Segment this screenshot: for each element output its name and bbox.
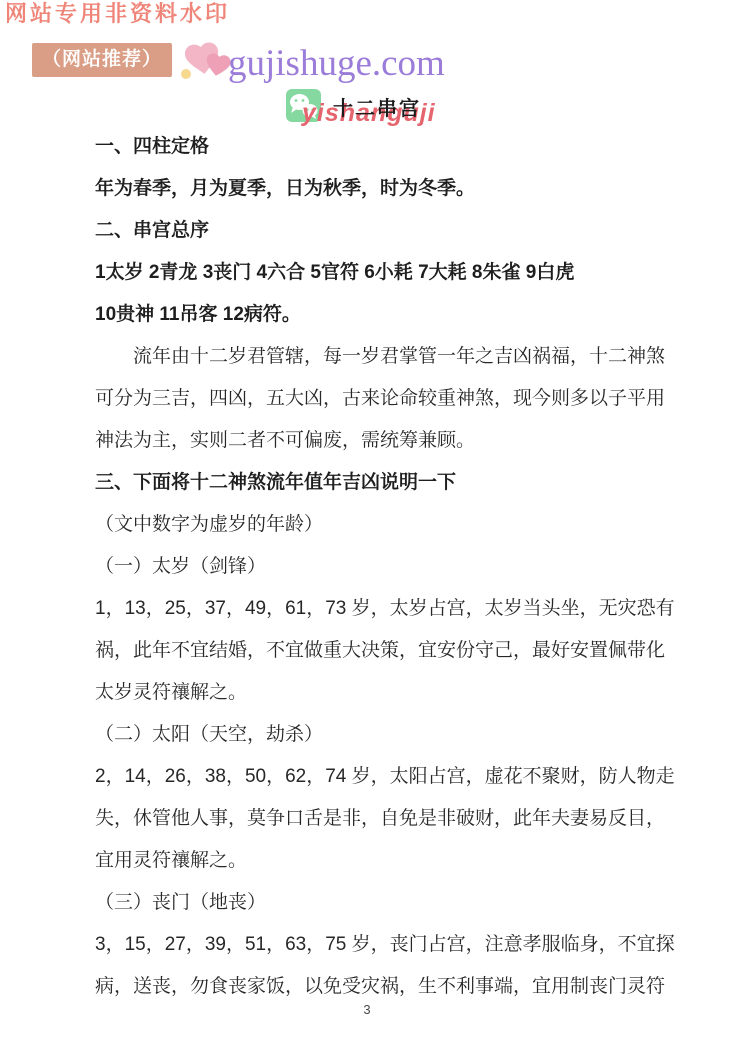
text-line: 太岁灵符禳解之。 xyxy=(95,672,680,714)
text-line: 神法为主，实则二者不可偏废，需统筹兼顾。 xyxy=(95,420,680,462)
text-line: 年为春季，月为夏季，日为秋季，时为冬季。 xyxy=(95,168,680,210)
subheading-sangmen: （三）丧门（地丧） xyxy=(95,882,680,924)
text-line: 1，13，25，37，49，61，73 岁，太岁占宫，太岁当头坐，无灾恐有 xyxy=(95,588,680,630)
site-watermark-text: 网站专用非资料水印 xyxy=(5,0,230,28)
text-line: 祸，此年不宜结婚，不宜做重大决策，宜安份守己，最好安置佩带化 xyxy=(95,630,680,672)
site-name-logo: gujishuge.com xyxy=(228,42,445,85)
text-line: 3，15，27，39，51，63，75 岁，丧门占宫，注意孝服临身，不宜探 xyxy=(95,924,680,966)
subheading-taisui: （一）太岁（剑锋） xyxy=(95,546,680,588)
text-line: （文中数字为虚岁的年龄） xyxy=(95,504,680,546)
page-number: 3 xyxy=(0,1002,734,1017)
heading-1: 一、四柱定格 xyxy=(95,126,680,168)
text-line: 可分为三吉，四凶，五大凶，古来论命较重神煞，现今则多以子平用 xyxy=(95,378,680,420)
site-recommend-badge: （网站推荐） xyxy=(32,43,172,77)
text-line: 10贵神 11吊客 12病符。 xyxy=(95,294,680,336)
page-title: 十二串宫 xyxy=(333,92,421,121)
text-line: 1太岁 2青龙 3丧门 4六合 5官符 6小耗 7大耗 8朱雀 9白虎 xyxy=(95,252,680,294)
heading-3: 三、下面将十二神煞流年值年吉凶说明一下 xyxy=(95,462,680,504)
text-line: 2，14，26，38，50，62，74 岁，太阳占宫，虚花不聚财，防人物走 xyxy=(95,756,680,798)
subheading-taiyang: （二）太阳（天空，劫杀） xyxy=(95,714,680,756)
text-line: 失，休管他人事，莫争口舌是非，自免是非破财，此年夫妻易反目， xyxy=(95,798,680,840)
text-line: 流年由十二岁君管辖，每一岁君掌管一年之吉凶祸福，十二神煞 xyxy=(95,336,680,378)
text-line: 宜用灵符禳解之。 xyxy=(95,840,680,882)
document-body: 一、四柱定格 年为春季，月为夏季，日为秋季，时为冬季。 二、串宫总序 1太岁 2… xyxy=(95,126,680,1008)
heading-2: 二、串宫总序 xyxy=(95,210,680,252)
document-page: 网站专用非资料水印 （网站推荐） gujishuge.com 十二串宫 yi xyxy=(0,0,734,1056)
